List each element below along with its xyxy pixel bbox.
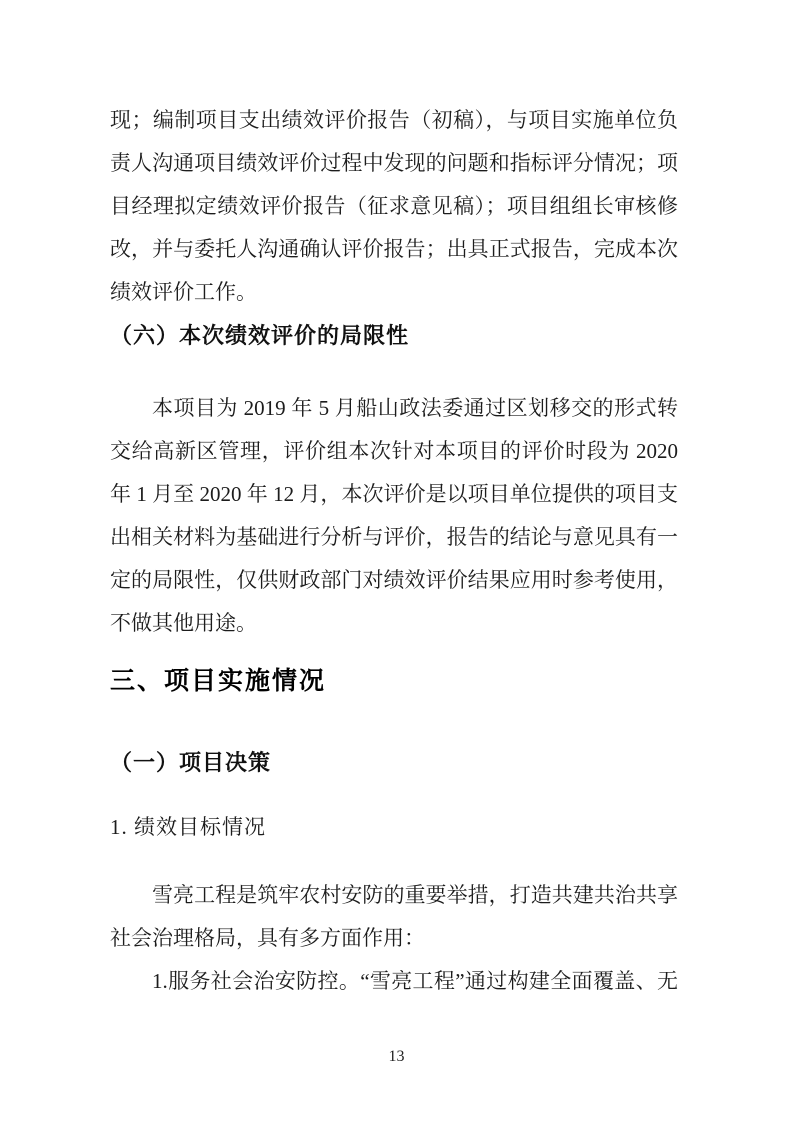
paragraph-line: 交给高新区管理，评价组本次针对本项目的评价时段为 2020 <box>110 430 678 473</box>
section-heading-decision: （一）项目决策 <box>110 740 678 786</box>
paragraph-line: 1.服务社会治安防控。“雪亮工程”通过构建全面覆盖、无 <box>110 960 678 1003</box>
paragraph-line: 责人沟通项目绩效评价过程中发现的问题和指标评分情况；项 <box>110 142 678 185</box>
paragraph-line: 出相关材料为基础进行分析与评价，报告的结论与意见具有一 <box>110 516 678 559</box>
paragraph-line: 年 1 月至 2020 年 12 月，本次评价是以项目单位提供的项目支 <box>110 473 678 516</box>
paragraph-line: 社会治理格局，具有多方面作用： <box>110 917 678 960</box>
paragraph-line: 目经理拟定绩效评价报告（征求意见稿）；项目组组长审核修 <box>110 185 678 228</box>
paragraph-line: 绩效评价工作。 <box>110 271 678 314</box>
paragraph-line: 现；编制项目支出绩效评价报告（初稿），与项目实施单位负 <box>110 99 678 142</box>
page-number: 13 <box>0 1048 793 1066</box>
paragraph-line: 不做其他用途。 <box>110 602 678 645</box>
subsection-heading-performance-target: 1. 绩效目标情况 <box>110 806 678 849</box>
section-heading-limitations: （六）本次绩效评价的局限性 <box>110 314 678 357</box>
chapter-heading-implementation: 三、项目实施情况 <box>110 657 678 705</box>
paragraph-line: 定的局限性，仅供财政部门对绩效评价结果应用时参考使用， <box>110 559 678 602</box>
paragraph-line: 改，并与委托人沟通确认评价报告；出具正式报告，完成本次 <box>110 228 678 271</box>
document-page: 现；编制项目支出绩效评价报告（初稿），与项目实施单位负 责人沟通项目绩效评价过程… <box>0 0 793 1122</box>
paragraph-line: 雪亮工程是筑牢农村安防的重要举措，打造共建共治共享 <box>110 874 678 917</box>
paragraph-line: 本项目为 2019 年 5 月船山政法委通过区划移交的形式转 <box>110 387 678 430</box>
document-body: 现；编制项目支出绩效评价报告（初稿），与项目实施单位负 责人沟通项目绩效评价过程… <box>110 99 678 1003</box>
